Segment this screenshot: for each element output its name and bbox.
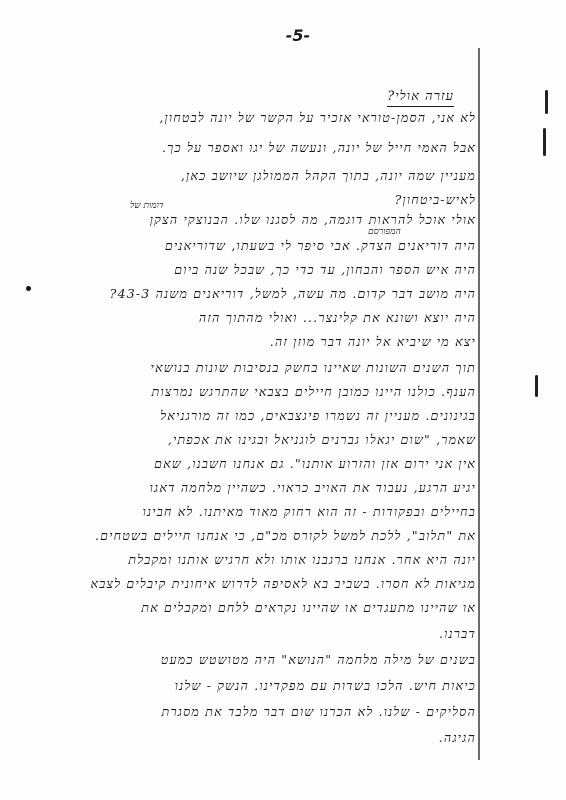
text-line: אין אני ירום אזן והזרוע אותנו". גם אנחנו… [154,456,476,472]
text-line: הגיגה. [439,730,476,746]
text-line: אולי אוכל להראות דוגמה, מה לסגנו שלו. הב… [150,212,476,228]
text-line: תוך השנים השונות שאיינו בחשק בנסיבות שונ… [151,360,476,376]
text-line: כיאות חיש. הלכו בשדות עם מפקדינו. הנשק -… [175,678,476,694]
scanned-document-page: -5- עזרה אולי? לא אני, הסמן-טוראי אזכיר … [0,0,566,800]
text-line: לאיש-ביטחון? [395,192,476,208]
stray-dot [26,286,31,291]
text-line: או שהיינו מתעגדים או שהיינו נקראים ללחם … [141,600,476,616]
text-line: בגינונים. מעניין זה נשמרו פיגצבאים, כמו … [160,408,476,424]
margin-mark [545,90,548,114]
margin-annotation: דומות של [130,200,164,211]
text-line: לא אני, הסמן-טוראי אזכיר על הקשר של יונה… [159,110,476,126]
text-line: יונה היא אחר. אנחנו ברגבנו אותו ולא חרגי… [128,552,476,568]
text-line: שאמר, "שום יגאלו גברנים לוגניאל ובגינו א… [168,432,476,448]
text-line: היה איש הספר והבחון, עד כדי כך, שבכל שנה… [174,262,476,278]
text-line: אבל האמי חייל של יונה, ונעשה של יגו ואספ… [162,140,476,156]
text-line: יצא מי שיביא אל יונה דבר מוזן זה. [270,334,476,350]
text-line: הסליקים - שלנו. לא הכרנו שום דבר מלבד את… [162,704,476,720]
text-line: מגיאות לא חסרו. בשביב בא לאסיפה לדרוש אי… [91,576,476,592]
text-line: את "תלוב", ללכת למשל לקורס מכ"ם, כי אנחנ… [95,528,476,544]
text-line: היה מושב דבר קדום. מה עשה, למשל, דוריאני… [110,286,476,302]
margin-annotation: המפורסם [368,226,401,237]
page-number: -5- [268,26,328,45]
margin-line [478,48,480,760]
text-line: דברנו. [439,626,476,642]
text-line: יגיע הרגע, נעבוד את האויב כראוי. כשהיין … [150,480,476,496]
text-line: בשנים של מילה מלחמה "הנושא" היה מטושטש כ… [161,652,476,668]
margin-mark [543,128,546,156]
section-heading: עזרה אולי? [387,88,454,107]
text-line: היה יוצא ושונא את קלינצר... ואולי מהתוך … [199,310,476,326]
text-line: מעניין שמה יונה, בתוך הקהל הממולגן שיושב… [181,168,476,184]
text-line: בחיילים ובפקודות - זה הוא רחוק מאוד מאית… [143,504,476,520]
text-line: הענף. כולנו היינו כמובן חיילים בצבאי שהת… [152,384,476,400]
text-line: היה דוריאנים הצדק. אבי סיפר לי בשעתו, שד… [165,238,476,254]
margin-mark [535,375,538,397]
